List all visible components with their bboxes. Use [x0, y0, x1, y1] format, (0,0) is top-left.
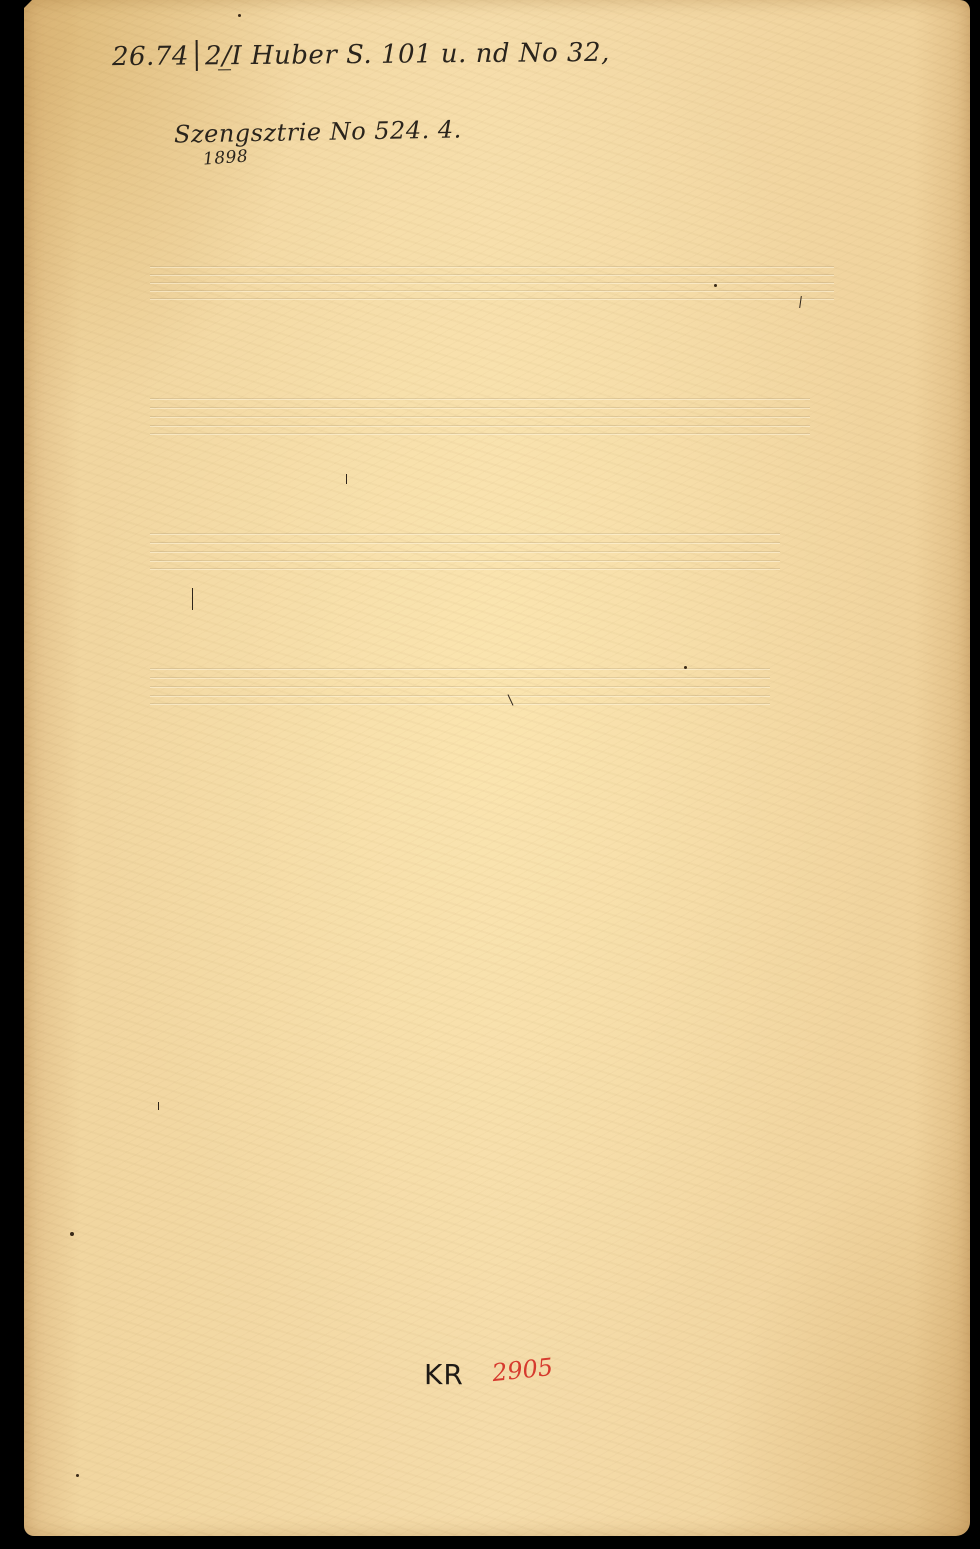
staff-group-1 [150, 266, 834, 300]
catalog-annotation-line-1: 26.74│2/̲I Huber S. 101 u. nd No 32, [112, 38, 610, 72]
archive-stamp-prefix: KR [424, 1358, 464, 1391]
staff-group-4 [150, 668, 770, 702]
staff-group-2 [150, 398, 810, 432]
paper-fiber [158, 1102, 159, 1110]
paper-fiber [192, 588, 193, 610]
paper-sheet [24, 0, 970, 1536]
catalog-annotation-year: 1898 [202, 146, 249, 169]
paper-speck [238, 14, 241, 17]
paper-speck [684, 666, 687, 669]
torn-corner [24, 0, 32, 8]
scan-background: 26.74│2/̲I Huber S. 101 u. nd No 32, Sze… [0, 0, 980, 1549]
paper-speck [76, 1474, 79, 1477]
paper-speck [70, 1232, 74, 1236]
catalog-annotation-line-2: Szengsztrie No 524. 4. [174, 115, 462, 148]
paper-speck [714, 284, 717, 287]
paper-fiber [346, 474, 347, 484]
staff-group-3 [150, 533, 780, 567]
paper-fiber [799, 296, 802, 308]
